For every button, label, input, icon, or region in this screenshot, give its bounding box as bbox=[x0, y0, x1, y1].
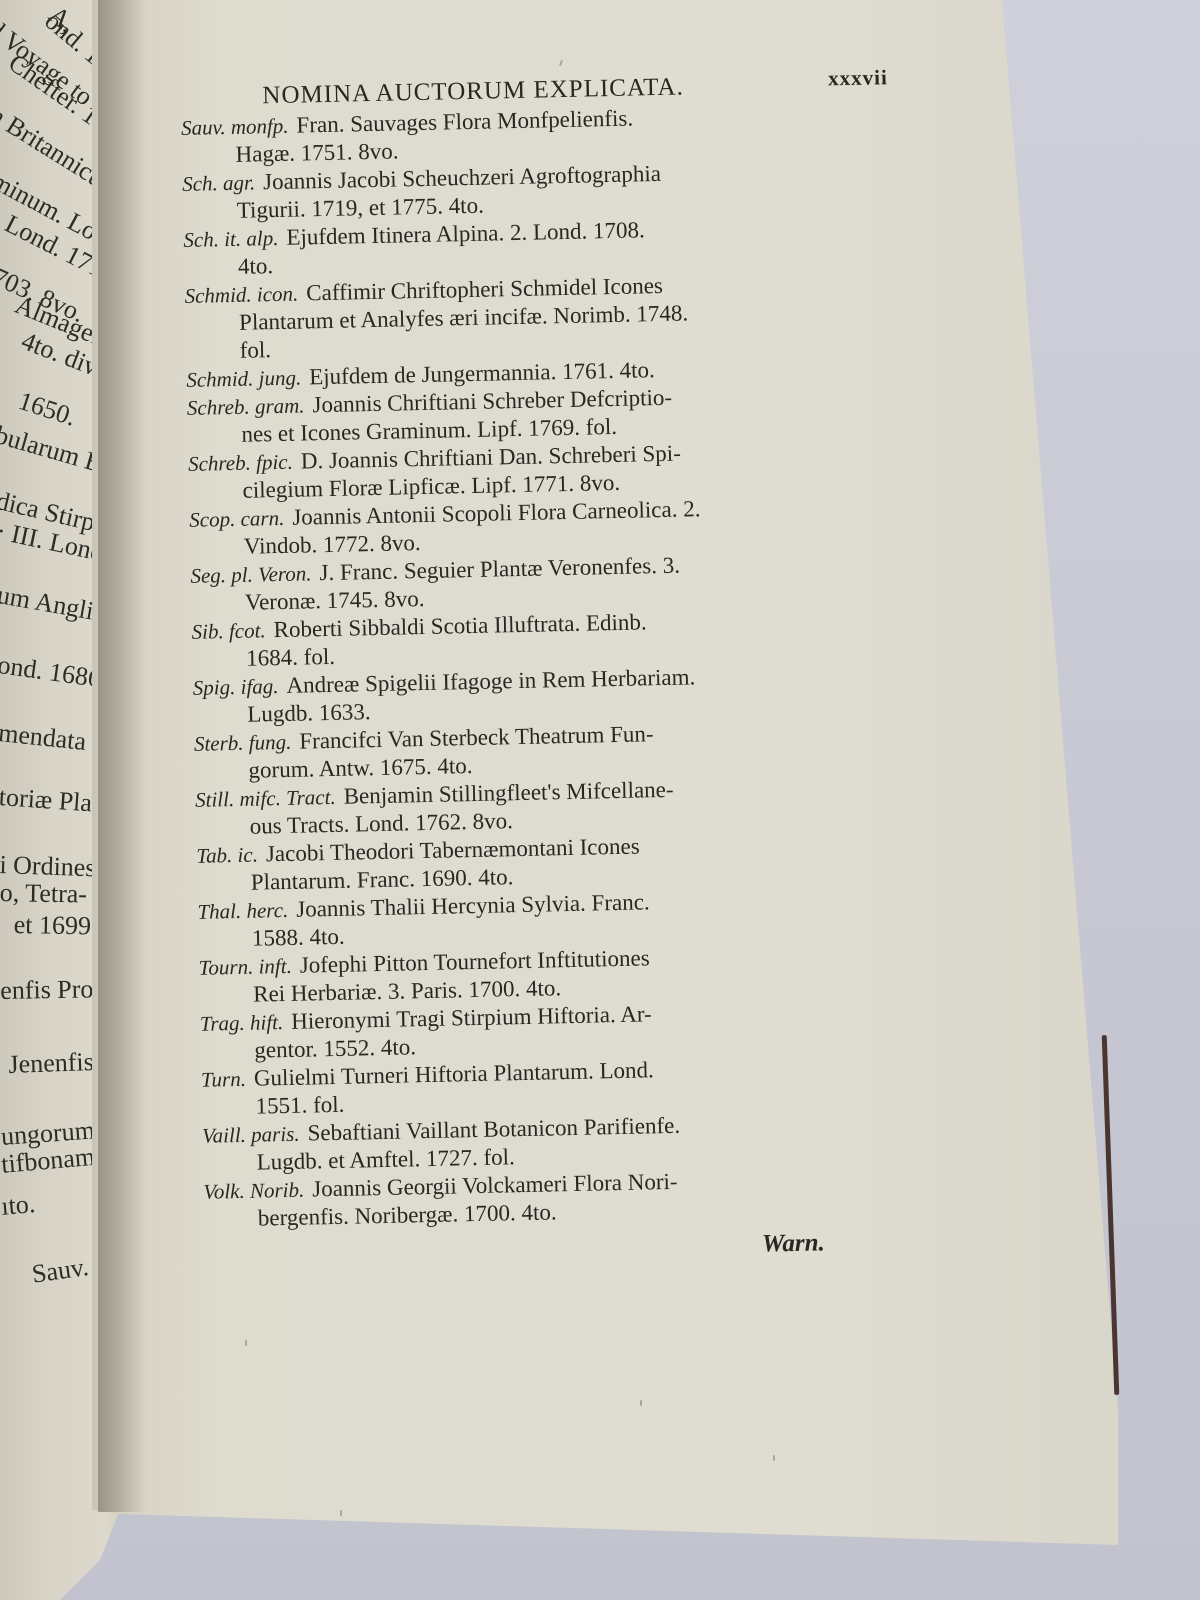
paper-speck bbox=[340, 1510, 342, 1516]
right-page-text-block: NOMINA AUCTORUM EXPLICATA. xxxvii Sauv. … bbox=[180, 64, 884, 1234]
author-abbreviation: Sib. fcot. bbox=[191, 618, 266, 644]
entry-text: Benjamin Stillingfleet's Mifcellane- bbox=[343, 777, 673, 809]
author-abbreviation: Still. mifc. Tract. bbox=[195, 785, 336, 812]
paper-speck bbox=[773, 1455, 775, 1461]
author-abbreviation: Trag. hift. bbox=[200, 1010, 284, 1036]
author-abbreviation: Vaill. paris. bbox=[202, 1122, 300, 1148]
left-page-text-fragment: Sauv. bbox=[30, 1252, 90, 1290]
catchword: Warn. bbox=[762, 1229, 825, 1258]
author-abbreviation: Spig. ifag. bbox=[193, 674, 279, 700]
page-number: xxxvii bbox=[828, 65, 888, 91]
left-page-text-fragment: enfis Pro- bbox=[0, 974, 102, 1006]
author-abbreviation: Tab. ic. bbox=[196, 843, 258, 868]
author-abbreviation: Thal. herc. bbox=[197, 898, 288, 924]
entry-text: D. Joannis Chriftiani Dan. Schreberi Spi… bbox=[301, 441, 682, 474]
entry-text: Hieronymi Tragi Stirpium Hiftoria. Ar- bbox=[291, 1001, 652, 1034]
author-abbreviation: Tourn. inft. bbox=[198, 954, 292, 980]
author-abbreviation: Volk. Norib. bbox=[203, 1178, 304, 1204]
running-title: NOMINA AUCTORUM EXPLICATA. bbox=[262, 73, 684, 110]
author-abbreviation: Schreb. gram. bbox=[187, 393, 305, 419]
paper-speck bbox=[640, 1400, 642, 1406]
entry-text: Francifci Van Sterbeck Theatrum Fun- bbox=[299, 721, 654, 753]
entry-text: Joannis Chriftiani Schreber Defcriptio- bbox=[312, 385, 672, 418]
entry-text: Jofephi Pitton Tournefort Inftitutiones bbox=[300, 945, 650, 977]
author-abbreviation: Schmid. icon. bbox=[184, 282, 298, 308]
entry-text: Roberti Sibbaldi Scotia Illuftrata. Edin… bbox=[273, 609, 646, 642]
entry-text: Jacobi Theodori Tabernæmontani Icones bbox=[266, 834, 640, 867]
entry-text: Sebaftiani Vaillant Botanicon Parifienfe… bbox=[307, 1113, 680, 1146]
author-abbreviation: Schmid. jung. bbox=[186, 366, 301, 392]
entry-list: Sauv. monfp.Fran. Sauvages Flora Monfpel… bbox=[181, 100, 884, 1234]
bibliography-entry: Schmid. icon.Caffimir Chriftopheri Schmi… bbox=[184, 268, 866, 366]
entry-text: Joannis Georgii Volckameri Flora Nori- bbox=[312, 1169, 678, 1202]
paper-speck bbox=[245, 1340, 247, 1346]
left-page-text-fragment: o, Tetra- bbox=[0, 878, 87, 910]
left-page-text-fragment: et 1699. bbox=[13, 910, 97, 941]
left-page-text-fragment: Jenenfis. bbox=[8, 1047, 101, 1080]
author-abbreviation: Sch. agr. bbox=[182, 170, 255, 196]
left-page-text-fragment: ıto. bbox=[0, 1189, 36, 1222]
author-abbreviation: Sauv. monfp. bbox=[181, 114, 289, 140]
author-abbreviation: Seg. pl. Veron. bbox=[190, 561, 312, 588]
author-abbreviation: Sch. it. alp. bbox=[183, 226, 279, 252]
gutter-shadow bbox=[98, 0, 146, 1512]
author-abbreviation: Turn. bbox=[201, 1067, 246, 1092]
author-abbreviation: Sterb. fung. bbox=[194, 730, 292, 756]
entry-text: Joannis Thalii Hercynia Sylvia. Franc. bbox=[296, 889, 650, 921]
author-abbreviation: Schreb. fpic. bbox=[188, 450, 293, 476]
entry-text: Ejufdem Itinera Alpina. 2. Lond. 1708. bbox=[286, 217, 645, 249]
entry-text: J. Franc. Seguier Plantæ Veronenfes. 3. bbox=[319, 553, 680, 586]
left-page-text-fragment: 1650. bbox=[15, 386, 80, 433]
author-abbreviation: Scop. carn. bbox=[189, 506, 285, 532]
